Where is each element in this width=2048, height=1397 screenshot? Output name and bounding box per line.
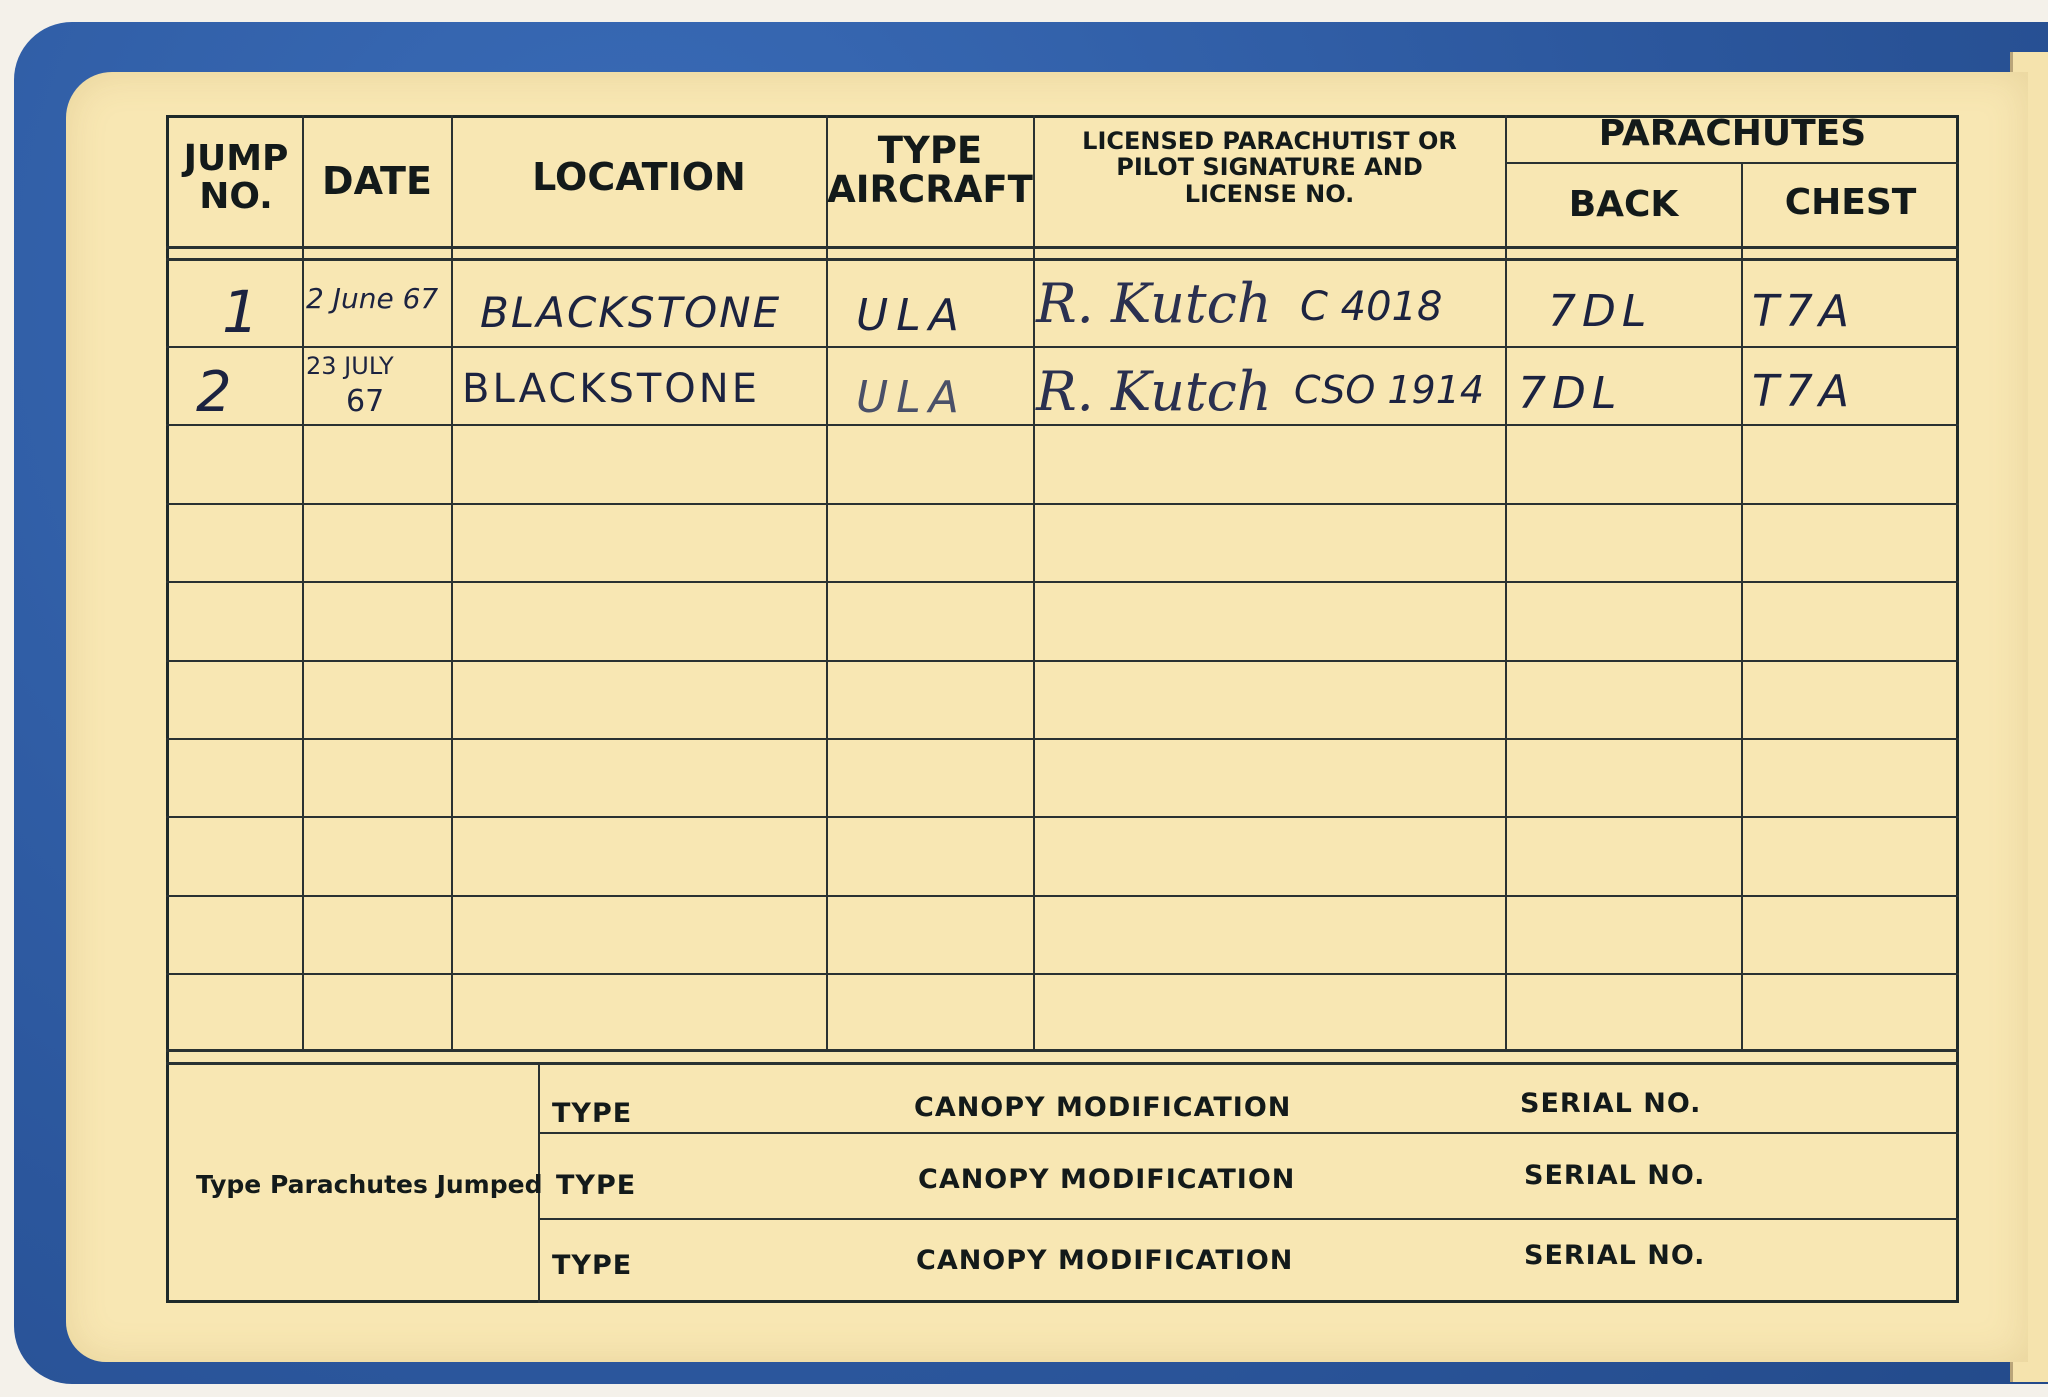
- header-parachutes: PARACHUTES: [1506, 115, 1959, 153]
- entry-2-back: 7DL: [1518, 368, 1622, 419]
- row-line: [166, 581, 1959, 583]
- entry-1-date: 2 June 67: [306, 282, 438, 315]
- footer-row-1-canopy: CANOPY MODIFICATION: [914, 1092, 1291, 1123]
- entry-2-date-line2: 67: [346, 384, 384, 419]
- header-signature-line3: LICENSE NO.: [1034, 181, 1505, 207]
- col-divider-date-location: [451, 115, 453, 1051]
- col-divider-back-chest: [1741, 162, 1743, 1051]
- header-signature-line1: LICENSED PARACHUTIST OR: [1034, 128, 1505, 154]
- entry-2-chest: T7A: [1752, 366, 1855, 417]
- entry-2-license: CSO 1914: [1294, 368, 1484, 412]
- col-divider-aircraft-signature: [1033, 115, 1035, 1051]
- header-type-aircraft-line1: TYPE: [827, 132, 1033, 171]
- row-line: [166, 424, 1959, 426]
- footer-row-line: [538, 1218, 1959, 1220]
- footer-section-label: Type Parachutes Jumped: [196, 1170, 542, 1199]
- entry-1-signature: R. Kutch: [1036, 272, 1272, 335]
- entry-1-jump-no: 1: [222, 278, 259, 346]
- footer-row-2-type: TYPE: [556, 1170, 636, 1201]
- header-signature: LICENSED PARACHUTIST OR PILOT SIGNATURE …: [1034, 128, 1505, 207]
- header-date: DATE: [303, 162, 451, 202]
- row-line: [166, 346, 1959, 348]
- row-line: [166, 738, 1959, 740]
- entry-1-location: BLACKSTONE: [480, 288, 781, 337]
- col-divider-location-aircraft: [826, 115, 828, 1051]
- table-bottom-line-2: [166, 1062, 1959, 1065]
- header-jump-no-line1: JUMP: [170, 140, 302, 178]
- footer-row-3-type: TYPE: [552, 1250, 632, 1281]
- entry-1-license: C 4018: [1300, 284, 1442, 330]
- col-divider-signature-back: [1505, 115, 1507, 1051]
- footer-row-3-canopy: CANOPY MODIFICATION: [916, 1245, 1293, 1276]
- header-type-aircraft: TYPE AIRCRAFT: [827, 132, 1033, 210]
- header-jump-no: JUMP NO.: [170, 140, 302, 216]
- header-chest: CHEST: [1742, 184, 1959, 222]
- parachutes-header-divider: [1505, 162, 1959, 164]
- row-line: [166, 660, 1959, 662]
- header-back: BACK: [1506, 186, 1741, 224]
- entry-1-chest: T7A: [1752, 286, 1855, 337]
- row-line: [166, 816, 1959, 818]
- header-bottom-line-1: [166, 246, 1959, 249]
- col-divider-jump-date: [302, 115, 304, 1051]
- row-line: [166, 895, 1959, 897]
- row-line: [166, 973, 1959, 975]
- row-line: [166, 503, 1959, 505]
- footer-row-1-serial: SERIAL NO.: [1520, 1088, 1701, 1119]
- header-jump-no-line2: NO.: [170, 178, 302, 216]
- footer-row-3-serial: SERIAL NO.: [1524, 1240, 1705, 1271]
- header-bottom-line-2: [166, 258, 1959, 261]
- footer-row-line: [538, 1132, 1959, 1134]
- footer-row-2-serial: SERIAL NO.: [1524, 1160, 1705, 1191]
- header-location: LOCATION: [452, 158, 826, 198]
- footer-row-2-canopy: CANOPY MODIFICATION: [918, 1164, 1295, 1195]
- entry-2-signature: R. Kutch: [1036, 360, 1272, 423]
- header-signature-line2: PILOT SIGNATURE AND: [1034, 154, 1505, 180]
- entry-2-aircraft: ULA: [856, 372, 967, 423]
- table-bottom-line-1: [166, 1049, 1959, 1052]
- entry-1-aircraft: ULA: [856, 290, 967, 341]
- entry-2-date-line1: 23 JULY: [306, 352, 394, 380]
- entry-2-jump-no: 2: [196, 360, 232, 425]
- footer-row-1-type: TYPE: [552, 1098, 632, 1129]
- entry-2-location: BLACKSTONE: [462, 366, 760, 412]
- header-type-aircraft-line2: AIRCRAFT: [827, 171, 1033, 210]
- entry-1-back: 7DL: [1548, 286, 1652, 337]
